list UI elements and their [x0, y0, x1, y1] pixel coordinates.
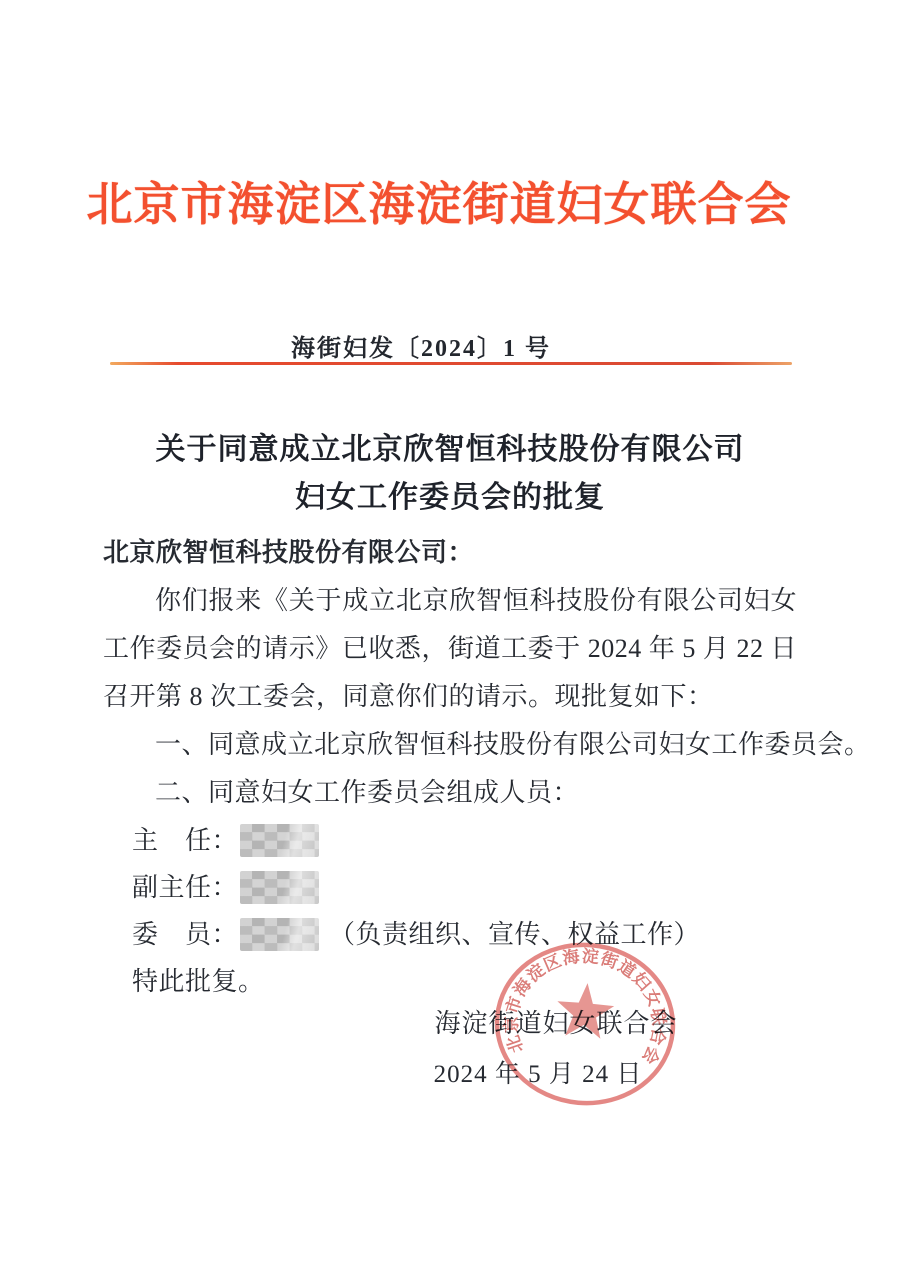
role-label-member: 委 员： — [132, 911, 238, 959]
role-row-deputy-director: 副主任： — [132, 864, 797, 911]
document-title-line-2: 妇女工作委员会的批复 — [0, 472, 900, 516]
approval-item-2: 二、同意妇女工作委员会组成人员： — [103, 769, 797, 817]
redaction-mosaic-member — [240, 918, 319, 951]
document-number: 海街妇发〔2024〕1 号 — [0, 328, 871, 363]
red-header-rule — [110, 362, 792, 365]
document-title-line-1: 关于同意成立北京欣智恒科技股份有限公司 — [0, 424, 900, 468]
body-paragraph: 你们报来《关于成立北京欣智恒科技股份有限公司妇女工作委员会的请示》已收悉，街道工… — [103, 577, 797, 721]
closing-line: 特此批复。 — [132, 958, 797, 1006]
role-row-member: 委 员： （负责组织、宣传、权益工作） — [132, 911, 797, 958]
letterhead-issuer-title: 北京市海淀区海淀街道妇女联合会 — [0, 168, 889, 234]
seal-group: 北京市海淀区海淀街道妇女联合会 — [492, 941, 678, 1107]
role-row-director: 主 任： — [132, 817, 797, 864]
role-label-director: 主 任： — [132, 817, 238, 865]
letter-body: 北京欣智恒科技股份有限公司： 你们报来《关于成立北京欣智恒科技股份有限公司妇女工… — [103, 529, 797, 1006]
scanned-official-letter: 北京市海淀区海淀街道妇女联合会 海街妇发〔2024〕1 号 关于同意成立北京欣智… — [0, 0, 900, 1272]
role-label-deputy-director: 副主任： — [132, 864, 238, 912]
recipient-line: 北京欣智恒科技股份有限公司： — [103, 529, 797, 577]
redaction-mosaic-deputy-director — [240, 871, 319, 904]
approval-item-1: 一、同意成立北京欣智恒科技股份有限公司妇女工作委员会。 — [103, 721, 797, 769]
official-seal: 北京市海淀区海淀街道妇女联合会 — [492, 941, 678, 1107]
seal-star-icon — [554, 981, 616, 1040]
redaction-mosaic-director — [240, 824, 319, 857]
